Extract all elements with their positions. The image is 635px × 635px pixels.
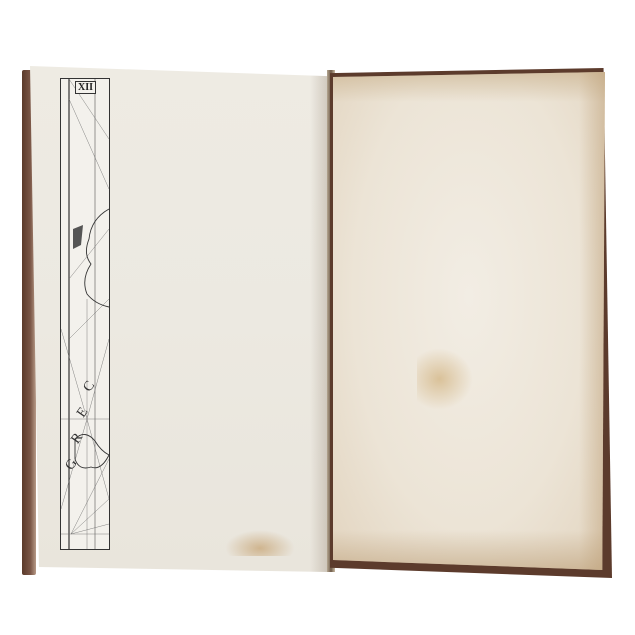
map-letter: R xyxy=(68,431,86,448)
open-book-photo: XII C E R G xyxy=(0,0,635,635)
water-stain xyxy=(417,348,473,410)
map-letter: C xyxy=(80,379,98,396)
map-lettering: C E R G xyxy=(67,379,107,519)
foxing-stain xyxy=(579,72,605,570)
plate-number: XII xyxy=(75,81,96,94)
right-endpaper xyxy=(333,72,605,570)
foxing-stain xyxy=(333,72,605,102)
folded-map-strip: XII C E R G xyxy=(60,78,110,550)
page-shadow xyxy=(310,66,328,572)
map-letter: E xyxy=(74,405,92,421)
foxing-stain xyxy=(225,530,295,556)
